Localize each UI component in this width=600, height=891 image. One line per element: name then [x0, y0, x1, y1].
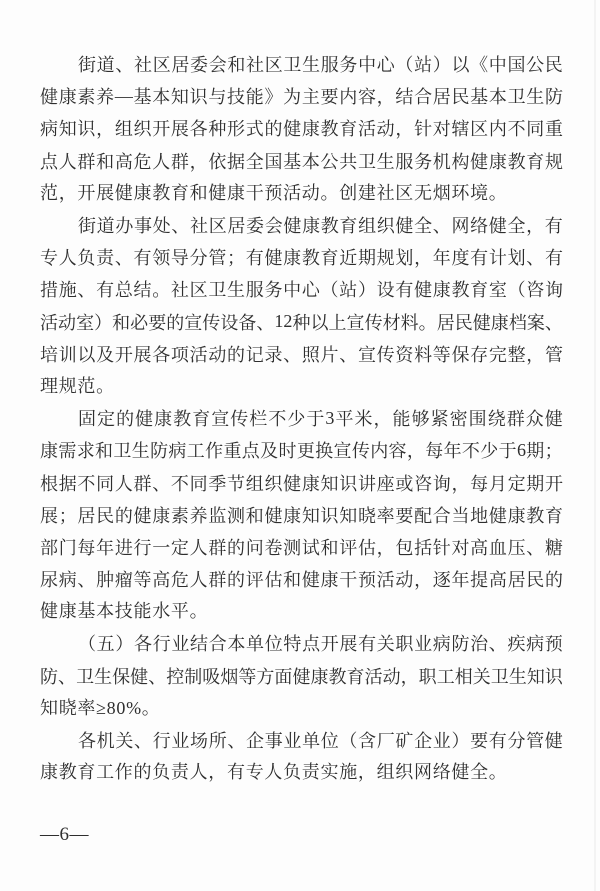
text-line: （五）各行业结合本单位特点开展有关职业病防治、疾病预: [40, 627, 563, 659]
paragraph: （五）各行业结合本单位特点开展有关职业病防治、疾病预防、卫生保健、控制吸烟等方面…: [40, 627, 563, 724]
text-line: 活动室）和必要的宣传设备、12种以上宣传材料。居民健康档案、: [40, 306, 563, 338]
paragraph: 街道办事处、社区居委会健康教育组织健全、网络健全，有专人负责、有领导分管；有健康…: [40, 209, 563, 402]
paragraph: 各机关、行业场所、企事业单位（含厂矿企业）要有分管健康教育工作的负责人，有专人负…: [40, 724, 563, 788]
text-line: 部门每年进行一定人群的问卷测试和评估，包括针对高血压、糖: [40, 531, 563, 563]
scan-edge-shadow: [594, 0, 596, 891]
scanned-document-page: 街道、社区居委会和社区卫生服务中心（站）以《中国公民健康素养—基本知识与技能》为…: [0, 0, 600, 891]
text-line: 防、卫生保健、控制吸烟等方面健康教育活动，职工相关卫生知识: [40, 660, 563, 692]
text-line: 措施、有总结。社区卫生服务中心（站）设有健康教育室（咨询: [40, 273, 563, 305]
paragraph: 固定的健康教育宣传栏不少于3平米，能够紧密围绕群众健康需求和卫生防病工作重点及时…: [40, 402, 563, 627]
page-number: —6—: [40, 822, 89, 848]
text-line: 街道办事处、社区居委会健康教育组织健全、网络健全，有: [40, 209, 563, 241]
text-line: 固定的健康教育宣传栏不少于3平米，能够紧密围绕群众健: [40, 402, 563, 434]
text-line: 康需求和卫生防病工作重点及时更换宣传内容，每年不少于6期；: [40, 434, 563, 466]
text-line: 街道、社区居委会和社区卫生服务中心（站）以《中国公民: [40, 48, 563, 80]
text-line: 病知识，组织开展各种形式的健康教育活动，针对辖区内不同重: [40, 112, 563, 144]
text-line: 康教育工作的负责人，有专人负责实施，组织网络健全。: [40, 756, 563, 788]
text-line: 健康素养—基本知识与技能》为主要内容，结合居民基本卫生防: [40, 80, 563, 112]
text-line: 各机关、行业场所、企事业单位（含厂矿企业）要有分管健: [40, 724, 563, 756]
paragraph: 街道、社区居委会和社区卫生服务中心（站）以《中国公民健康素养—基本知识与技能》为…: [40, 48, 563, 209]
text-line: 知晓率≥80%。: [40, 692, 563, 724]
text-line: 点人群和高危人群，依据全国基本公共卫生服务机构健康教育规: [40, 145, 563, 177]
text-line: 展；居民的健康素养监测和健康知识知晓率要配合当地健康教育: [40, 499, 563, 531]
text-line: 专人负责、有领导分管；有健康教育近期规划，年度有计划、有: [40, 241, 563, 273]
text-line: 尿病、肿瘤等高危人群的评估和健康干预活动，逐年提高居民的: [40, 563, 563, 595]
text-line: 理规范。: [40, 370, 563, 402]
text-line: 根据不同人群、不同季节组织健康知识讲座或咨询，每月定期开: [40, 466, 563, 498]
text-line: 培训以及开展各项活动的记录、照片、宣传资料等保存完整，管: [40, 338, 563, 370]
text-line: 健康基本技能水平。: [40, 595, 563, 627]
text-line: 范，开展健康教育和健康干预活动。创建社区无烟环境。: [40, 177, 563, 209]
document-body: 街道、社区居委会和社区卫生服务中心（站）以《中国公民健康素养—基本知识与技能》为…: [40, 48, 563, 788]
